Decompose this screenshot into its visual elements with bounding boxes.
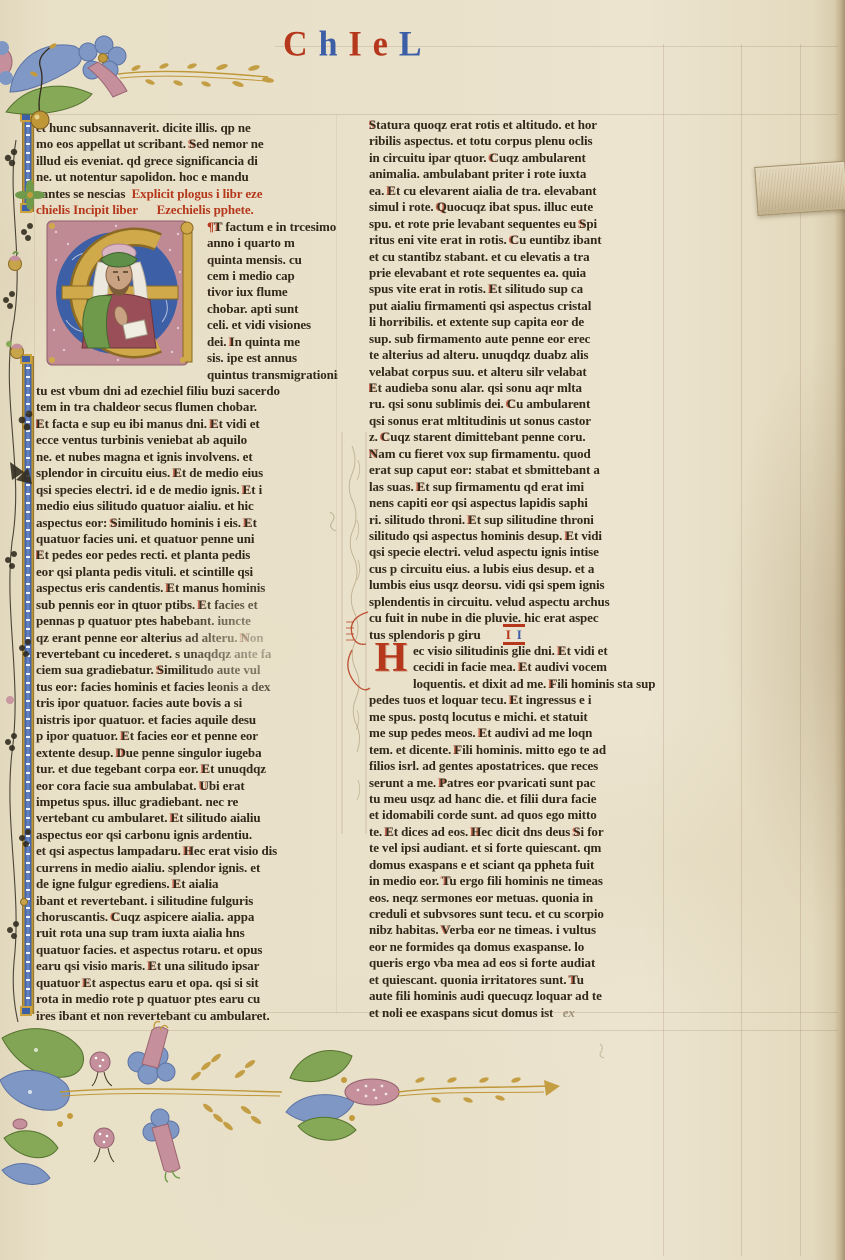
green-cross-flower	[15, 180, 45, 210]
trumpet-flower-up	[128, 1022, 175, 1084]
gutter-gloss	[330, 432, 604, 1058]
top-floral-garland	[0, 36, 274, 129]
gold-fern	[190, 1052, 262, 1131]
border-decorations	[0, 0, 845, 1260]
gold-berry	[6, 341, 24, 359]
left-ivy-border	[3, 140, 45, 1022]
manuscript-page: ChIeL et hunc subsannaverit. dicite illi…	[0, 0, 845, 1260]
page-marker-tab	[754, 161, 845, 216]
right-acanthus-cluster	[286, 1051, 399, 1141]
pink-berries	[90, 1052, 114, 1162]
trumpet-flower-down	[143, 1109, 180, 1182]
bottom-floral-garland	[0, 1022, 560, 1185]
gold-berry	[9, 252, 22, 271]
